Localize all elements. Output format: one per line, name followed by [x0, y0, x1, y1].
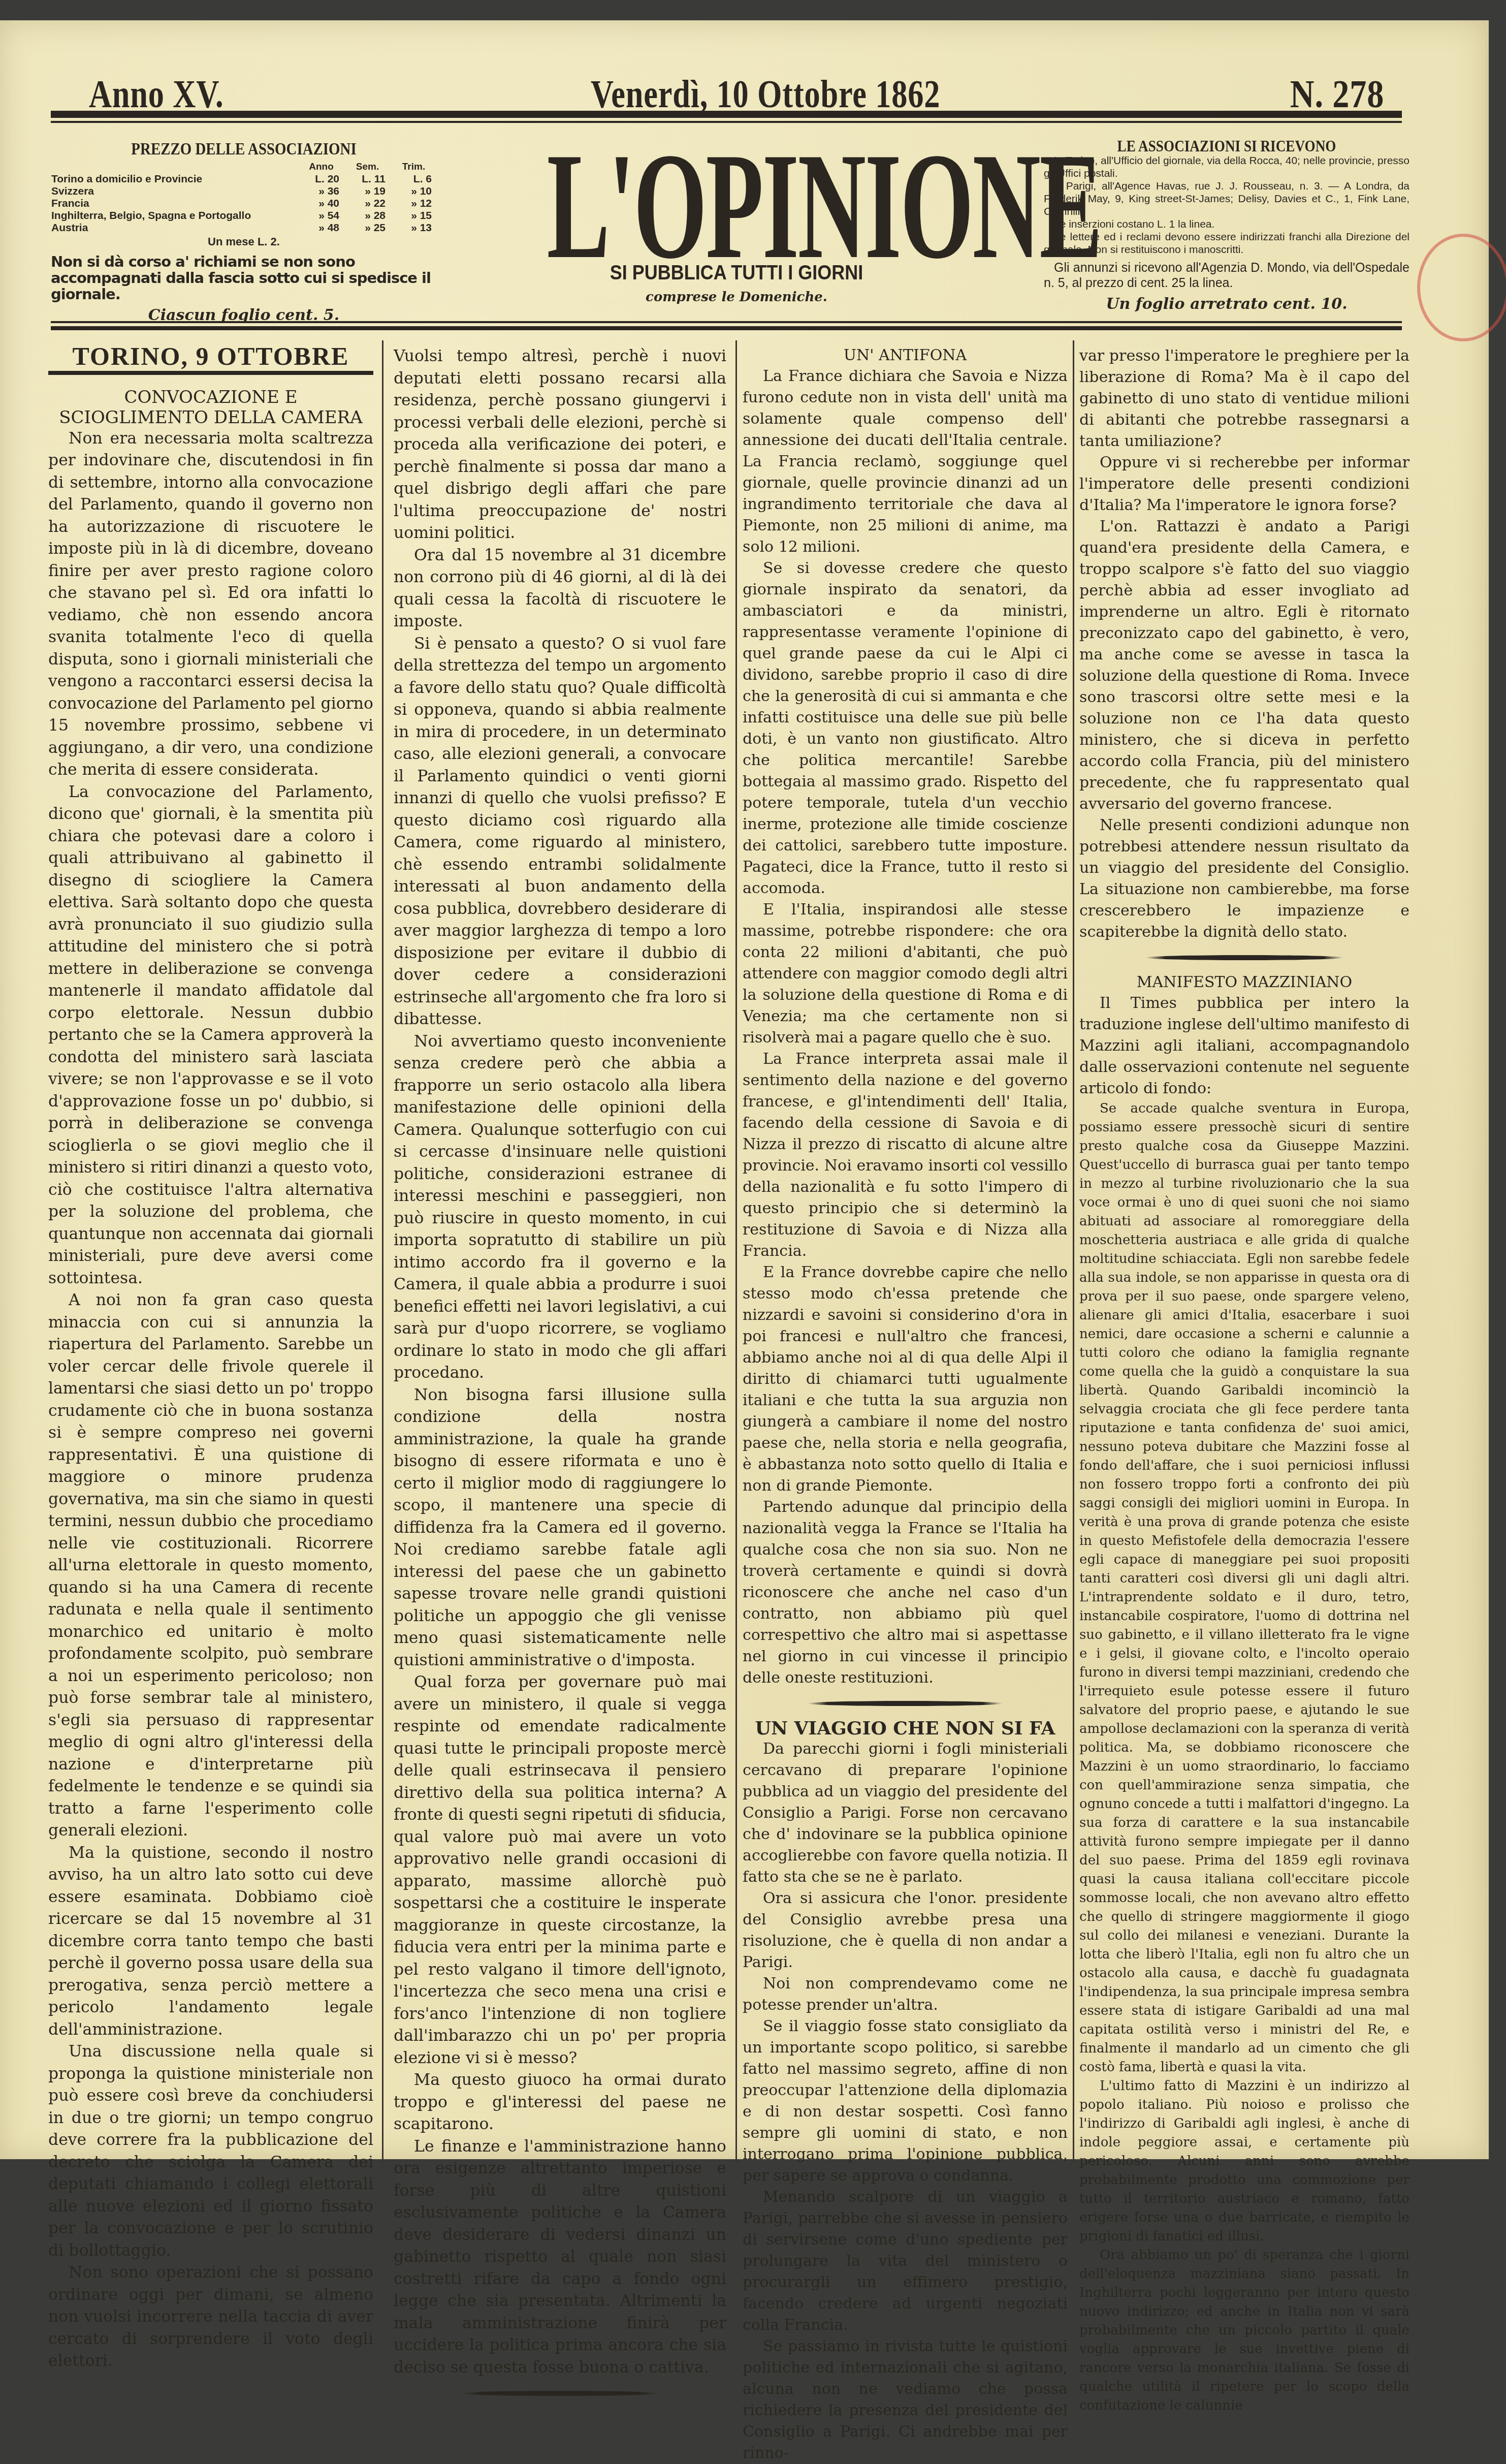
price-row: Francia » 40 » 22 » 12 [51, 198, 437, 210]
back-issue-price: Un foglio arretrato cent. 10. [1044, 298, 1409, 310]
article-paragraph: Ora dal 15 novembre al 31 dicembre non c… [394, 545, 726, 633]
library-stamp [1417, 234, 1506, 341]
volume-year: Anno XV. [89, 71, 223, 117]
publication-frequency: SI PUBBLICA TUTTI I GIORNI [558, 262, 915, 285]
article-paragraph: Se accade qualche sventura in Europa, po… [1079, 1099, 1409, 2077]
article-paragraph: Ma la quistione, secondo il nostro avvis… [48, 1842, 373, 2041]
article-paragraph: E la France dovrebbe capire che nello st… [743, 1262, 1068, 1497]
article-paragraph: Partendo adunque dal principio della naz… [743, 1497, 1068, 1689]
issue-date: Venerdì, 10 Ottobre 1862 [591, 71, 940, 117]
price-row: Austria » 48 » 25 » 13 [51, 222, 437, 234]
subscription-prices: PREZZO DELLE ASSOCIAZIONI Anno Sem. Trim… [51, 140, 437, 324]
insertion-price: Le inserzioni costano L. 1 la linea. [1044, 218, 1409, 231]
price-table: Anno Sem. Trim. Torino a domicilio e Pro… [51, 161, 437, 234]
dateline-rule [48, 371, 373, 375]
article-paragraph: Da parecchi giorni i fogli ministeriali … [743, 1739, 1068, 1888]
offices-heading: LE ASSOCIAZIONI SI RICEVONO [1071, 140, 1382, 152]
offices-abroad: A Parigi, all'Agence Havas, rue J. J. Ro… [1044, 180, 1409, 218]
column-separator [382, 340, 383, 2164]
article-title-convocazione: CONVOCAZIONE E SCIOGLIMENTO DELLA CAMERA [48, 387, 373, 428]
article-paragraph: Se si dovesse credere che questo giornal… [743, 558, 1068, 899]
article-paragraph: La convocazione del Parlamento, dicono q… [48, 781, 373, 1290]
article-paragraph: Qual forza per governare può mai avere u… [394, 1671, 726, 2069]
article-paragraph: Una discussione nella quale si proponga … [48, 2041, 373, 2182]
article-paragraph: L'ultimo fatto di Mazzini è un indirizzo… [1079, 2077, 1409, 2182]
article-title-antifona: UN' ANTIFONA [743, 345, 1068, 366]
price-row: Inghilterra, Belgio, Spagna e Portogallo… [51, 210, 437, 222]
issue-number: N. 278 [1290, 71, 1384, 117]
article-paragraph: Vuolsi tempo altresì, perchè i nuovi dep… [394, 345, 726, 545]
prices-heading: PREZZO DELLE ASSOCIAZIONI [80, 140, 408, 159]
col-anno: Anno [298, 161, 344, 173]
article-paragraph: La France interpreta assai male il senti… [743, 1049, 1068, 1262]
article-title-manifesto: MANIFESTO MAZZINIANO [1079, 972, 1409, 993]
masthead-rule-bottom-thin [51, 321, 1402, 323]
col-trim: Trim. [391, 161, 437, 173]
article-paragraph: Ora si assicura che l'onor. presidente d… [743, 1888, 1068, 1973]
publication-note: comprese le Domeniche. [538, 290, 935, 305]
article-paragraph: Non era necessaria molta scaltrezza per … [48, 428, 373, 781]
masthead-rule-bottom [51, 326, 1402, 330]
section-divider [808, 1701, 1003, 1706]
advert-agency: Gli annunzi si ricevono all'Agenzia D. M… [1044, 260, 1409, 291]
masthead-rule-top [51, 111, 1402, 118]
price-row: Svizzera » 36 » 19 » 10 [51, 185, 437, 198]
article-paragraph: Non bisogna farsi illusione sulla condiz… [394, 1384, 726, 1672]
newspaper-page: Anno XV. Venerdì, 10 Ottobre 1862 N. 278… [0, 20, 1489, 2159]
newspaper-title: L'OPINIONE [547, 130, 906, 282]
claims-notice: Non si dà corso a' richiami se non sono … [51, 254, 437, 302]
article-title-viaggio: UN VIAGGIO CHE NON SI FA [743, 1718, 1068, 1739]
letters-notice: Le lettere ed i reclami devono essere in… [1044, 231, 1409, 256]
monthly-price: Un mese L. 2. [51, 235, 437, 248]
article-paragraph: Se il viaggio fosse stato consigliato da… [743, 2016, 1068, 2182]
article-paragraph: E l'Italia, inspirandosi alle stesse mas… [743, 899, 1068, 1049]
column-separator [735, 340, 737, 2164]
article-paragraph: Noi avvertiamo questo inconveniente senz… [394, 1031, 726, 1384]
column-1: TORINO, 9 OTTOBRE CONVOCAZIONE E SCIOGLI… [48, 345, 373, 2182]
column-3: UN' ANTIFONA La France dichiara che Savo… [743, 345, 1068, 2182]
column-separator [1073, 340, 1074, 2164]
price-row: Torino a domicilio e Provincie L. 20 L. … [51, 173, 437, 185]
article-paragraph: var presso l'imperatore le preghiere per… [1079, 345, 1409, 452]
article-paragraph: L'on. Rattazzi è andato a Parigi quand'e… [1079, 516, 1409, 815]
column-2: Vuolsi tempo altresì, perchè i nuovi dep… [394, 345, 726, 2182]
offices-turin: In Torino, all'Ufficio del giornale, via… [1044, 154, 1409, 180]
article-paragraph: Ma questo giuoco ha ormai durato troppo … [394, 2069, 726, 2136]
article-paragraph: Nelle presenti condizioni adunque non po… [1079, 815, 1409, 943]
masthead-topline: Anno XV. Venerdì, 10 Ottobre 1862 N. 278 [48, 71, 1404, 117]
article-paragraph: La France dichiara che Savoia e Nizza fu… [743, 366, 1068, 558]
article-paragraph: Noi non comprendevamo come ne potesse pr… [743, 1973, 1068, 2016]
article-paragraph: Si è pensato a questo? O si vuol fare de… [394, 633, 726, 1031]
article-paragraph: Oppure vi si recherebbe per informar l'i… [1079, 452, 1409, 516]
article-paragraph: A noi non fa gran caso questa minaccia c… [48, 1289, 373, 1842]
quoted-article: Se accade qualche sventura in Europa, po… [1079, 1099, 1409, 2182]
subscription-offices: LE ASSOCIAZIONI SI RICEVONO In Torino, a… [1044, 140, 1409, 310]
dateline: TORINO, 9 OTTOBRE [48, 345, 373, 368]
article-paragraph: Le finanze e l'amministrazione hanno ora… [394, 2136, 726, 2182]
col-sem: Sem. [344, 161, 391, 173]
section-divider [1145, 955, 1343, 960]
article-intro: Il Times pubblica per intero la traduzio… [1079, 993, 1409, 1099]
column-4: var presso l'imperatore le preghiere per… [1079, 345, 1409, 2182]
